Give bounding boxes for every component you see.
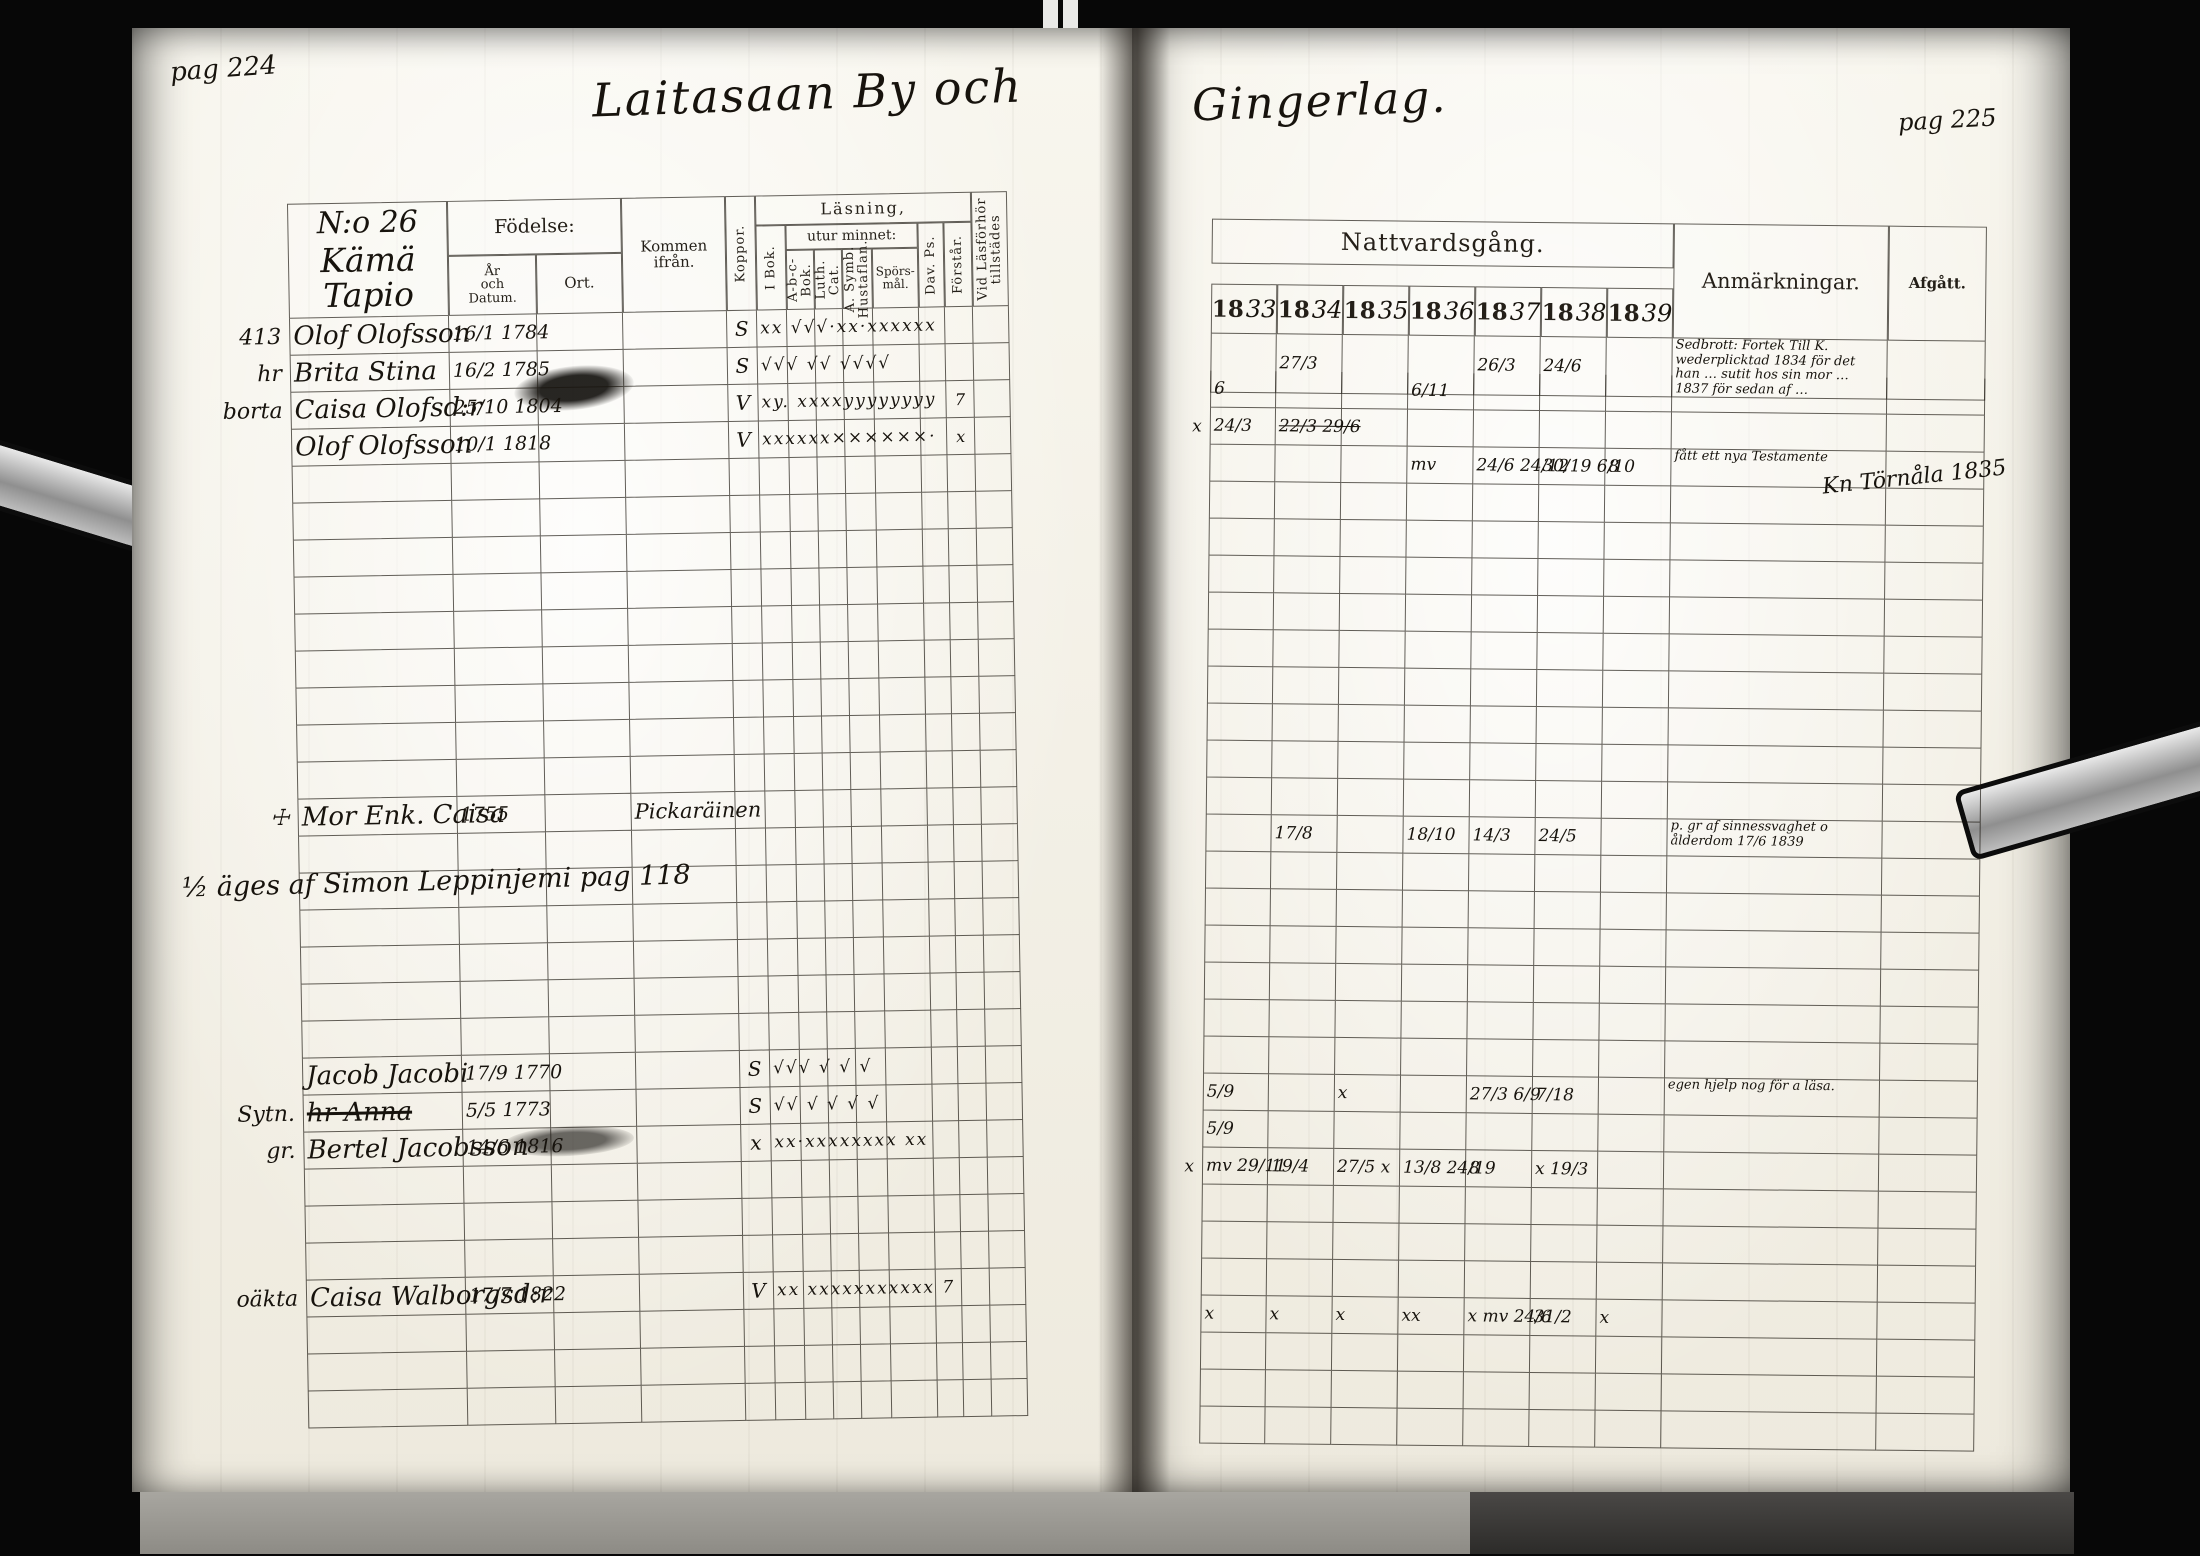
cell-dav [923,566,950,603]
cell-koppor: V [744,1272,775,1310]
cell-y4 [1465,1187,1531,1225]
cell-abc [796,827,825,864]
cell-birthdate [464,1202,553,1241]
cell-symb [855,1011,886,1049]
cell-y6 [1601,856,1667,894]
cell-y3 [1406,595,1472,633]
cell-abc [792,605,821,642]
cell-abc [795,790,824,827]
cell-afgatt [1877,1340,1975,1378]
margin-note [162,504,293,543]
margin-note [1146,1221,1201,1259]
cell-vid [986,1046,1023,1084]
cell-symb [858,1159,889,1197]
cell-sporsmal [879,678,926,716]
margin-note [1152,666,1207,704]
cell-vid [983,861,1020,899]
book-bottom-edge [140,1492,1470,1554]
cell-y5 [1538,596,1604,634]
cell-y0 [1207,704,1273,742]
cell-y1 [1269,1000,1335,1038]
cell-forstar [963,1343,992,1380]
household-header: N:o 26 Kämä Tapio [287,201,449,319]
cell-sporsmal [885,974,932,1012]
cell-koppor [733,680,764,718]
cell-kommen [635,977,740,1016]
cell-ort [538,350,625,388]
cell-y1 [1269,1037,1335,1075]
cell-name [307,1352,468,1392]
cell-sporsmal [886,1085,933,1123]
cell-symb [862,1381,893,1419]
cell-y0 [1208,593,1274,631]
cell-afgatt [1882,859,1980,897]
margin-note [1153,518,1208,556]
cell-y0 [1209,482,1275,520]
cell-kommen [628,607,733,646]
cell-symb [850,715,881,753]
right-table: Nattvardsgång. Anmärkningar. Afgått. 18 … [1144,218,1987,1452]
cell-koppor [737,865,768,903]
cell-reading-marks: xx xxxxxxxxxxx 7 [774,1272,805,1310]
cell-y1 [1272,741,1338,779]
cell-y1 [1266,1370,1332,1408]
cell-y6 [1601,819,1667,857]
cell-birthdate: 14/6 1816 [463,1128,552,1167]
cell-y2 [1340,557,1406,595]
cell-symb [853,900,884,938]
cell-symb [858,1196,889,1234]
cell-reading-marks [772,1198,803,1236]
cell-abc [793,642,822,679]
cell-dav [925,677,952,714]
cell-y0 [1201,1185,1267,1223]
header-year: 18 34 [1277,284,1344,335]
cell-koppor [737,902,768,940]
cell-birthdate: 17/7 1822 [466,1276,555,1315]
cell-ort [554,1312,641,1350]
cell-koppor [742,1161,773,1199]
cell-y2 [1340,520,1406,558]
cell-y0 [1204,963,1270,1001]
cell-anmarkningar [1669,708,1884,747]
cell-dav [934,1195,961,1232]
cell-y1 [1273,704,1339,742]
cell-y5 [1537,670,1603,708]
header-i-bok: I Bok. [755,225,786,311]
cell-symb [847,530,878,568]
cell-y0: x [1200,1296,1266,1334]
cell-y2: x [1332,1297,1398,1335]
left-page: pag 224 Laitasaan By och ½ äges af Simon… [132,28,1132,1492]
cell-name [294,612,455,652]
cell-reading-marks [769,1013,800,1051]
cell-luth [823,790,852,827]
cell-dav [930,936,957,973]
cell-y0 [1199,1407,1265,1445]
cell-sporsmal [879,641,926,679]
cell-y5 [1534,966,1600,1004]
household-number: N:o 26 [317,206,419,239]
cell-abc [803,1234,832,1271]
cell-dav [937,1343,964,1380]
cell-y1 [1275,482,1341,520]
cell-sporsmal [885,1011,932,1049]
cell-symb [849,641,880,679]
cell-y5 [1536,744,1602,782]
cell-y2 [1338,779,1404,817]
cell-koppor [736,828,767,866]
cell-y5 [1535,892,1601,930]
cell-ort [542,609,629,647]
cell-y5: 31/2 [1530,1299,1596,1337]
cell-koppor: S [740,1050,771,1088]
cell-y5 [1533,1040,1599,1078]
cell-abc [799,1012,828,1049]
cell-kommen [640,1273,745,1312]
cell-reading-marks: xy. xxxxyyyyyyyy [758,384,789,422]
cell-abc [790,495,819,532]
cell-y3 [1399,1187,1465,1225]
cell-kommen [627,570,732,609]
cell-vid [979,639,1016,677]
cell-anmarkningar [1666,930,1881,969]
cell-name [297,760,458,800]
cell-reading-marks [769,976,800,1014]
cell-sporsmal [888,1159,935,1197]
cell-anmarkningar [1663,1226,1878,1265]
cell-y0 [1208,556,1274,594]
cell-y6 [1599,1078,1665,1116]
margin-note [177,1355,308,1394]
cell-y4 [1471,632,1537,670]
cell-ort [538,387,625,425]
cell-dav [929,862,956,899]
cell-y4 [1466,1113,1532,1151]
cell-y5 [1538,559,1604,597]
cell-anmarkningar [1669,634,1884,673]
cell-y6 [1604,597,1670,635]
cell-y1: 19/4 [1268,1148,1334,1186]
cell-afgatt [1887,378,1985,416]
cell-dav [931,973,958,1010]
cell-name: hr Anna [303,1093,464,1133]
cell-dav [924,603,951,640]
cell-y2 [1335,1001,1401,1039]
cell-ort [545,757,632,795]
cell-birthdate [467,1350,556,1389]
cell-y3 [1406,521,1472,559]
cell-forstar [950,603,979,640]
cell-anmarkningar [1667,856,1882,895]
cell-y4 [1473,484,1539,522]
margin-note [174,1170,305,1209]
cell-vid [977,565,1014,603]
cell-y3 [1399,1261,1465,1299]
cell-anmarkningar [1663,1189,1878,1228]
cell-afgatt [1885,526,1983,564]
cell-y5 [1533,1003,1599,1041]
cell-y0 [1204,926,1270,964]
cell-ort [537,313,624,351]
cell-ort [549,1016,636,1054]
cell-koppor [742,1198,773,1236]
cell-reading-marks [767,902,798,940]
cell-luth [830,1160,859,1197]
cell-y5 [1531,1188,1597,1226]
cell-y0 [1205,815,1271,853]
cell-kommen [630,718,735,757]
cell-anmarkningar [1666,967,1881,1006]
cell-vid [992,1379,1029,1417]
cell-y5 [1537,707,1603,745]
cell-y3 [1405,632,1471,670]
cell-y1 [1270,963,1336,1001]
cell-y4 [1463,1409,1529,1447]
cell-vid [984,935,1021,973]
cell-afgatt [1878,1229,1976,1267]
cell-y0 [1201,1259,1267,1297]
cell-afgatt [1883,711,1981,749]
cell-y0 [1200,1333,1266,1371]
cell-anmarkningar [1670,560,1885,599]
cell-vid [976,491,1013,529]
cell-luth [817,457,846,494]
cell-dav [926,714,953,751]
cell-sporsmal [877,567,924,605]
cell-y5 [1535,855,1601,893]
cell-y6 [1595,1411,1661,1449]
cell-y2 [1339,705,1405,743]
cell-y1 [1266,1333,1332,1371]
cell-kommen [635,1014,740,1053]
cell-vid [987,1120,1024,1158]
cell-y2 [1333,1223,1399,1261]
cell-forstar: 7 [946,381,975,418]
cell-symb [853,863,884,901]
cell-name [293,538,454,578]
cell-dav [922,492,949,529]
cell-y5 [1540,411,1606,449]
cell-vid [991,1342,1028,1380]
page-number-left: pag 224 [169,50,278,87]
cell-y0 [1206,741,1272,779]
cell-vid [977,528,1014,566]
cell-name: Bertel Jacobsson [303,1130,464,1170]
cell-y1: x [1266,1296,1332,1334]
cell-y5 [1534,929,1600,967]
cell-sporsmal [888,1196,935,1234]
cell-birthdate [460,943,549,982]
cell-koppor [734,717,765,755]
cell-koppor: x [741,1124,772,1162]
cell-afgatt [1881,970,1979,1008]
household-name: Kämä Tapio [290,242,447,314]
margin-note: oäkta [176,1281,307,1320]
cell-vid [975,454,1012,492]
header-luth-cat: Luth. Cat. [814,249,843,309]
cell-forstar [948,492,977,529]
cell-kommen [637,1125,742,1164]
cell-vid [978,602,1015,640]
cell-anmarkningar [1662,1337,1877,1376]
cell-vid [979,676,1016,714]
cell-vid [981,787,1018,825]
cell-y3 [1397,1409,1463,1447]
cell-anmarkningar [1667,893,1882,932]
cell-y2 [1333,1260,1399,1298]
cell-y2 [1337,816,1403,854]
cell-y3 [1401,1039,1467,1077]
margin-note [161,430,292,469]
cell-y3 [1398,1372,1464,1410]
cell-y4: 8 [1466,1150,1532,1188]
cell-afgatt [1883,785,1981,823]
cell-ort [550,1053,637,1091]
cell-anmarkningar [1665,1041,1880,1080]
cell-y2 [1340,594,1406,632]
cell-y0 [1206,778,1272,816]
cell-y6 [1606,375,1672,413]
cell-ort [551,1090,638,1128]
cell-y2 [1336,927,1402,965]
cell-forstar [949,566,978,603]
cell-vid [990,1305,1027,1343]
cell-reading-marks: √√√ √ √ √ [770,1050,801,1088]
cell-y0 [1203,1000,1269,1038]
cell-kommen [623,311,728,350]
cell-y4 [1472,521,1538,559]
cell-y1: 22/3 29/6 [1276,408,1342,446]
cell-forstar [962,1306,991,1343]
cell-y2 [1342,409,1408,447]
cell-y6 [1597,1226,1663,1264]
cell-symb [861,1344,892,1382]
cell-luth [824,827,853,864]
margin-note: x [1147,1147,1202,1185]
cell-y6 [1599,1004,1665,1042]
cell-y3 [1405,669,1471,707]
cell-name [301,982,462,1022]
cell-ort [549,979,636,1017]
margin-note [170,948,301,987]
cell-vid [985,972,1022,1010]
cell-luth [825,901,854,938]
cell-y2 [1331,1408,1397,1446]
cell-sporsmal [882,826,929,864]
cell-name [304,1167,465,1207]
cell-forstar [953,788,982,825]
cell-afgatt [1878,1266,1976,1304]
cell-vid [990,1268,1027,1306]
cell-afgatt [1883,748,1981,786]
cell-y1 [1271,852,1337,890]
cell-kommen [639,1236,744,1275]
cell-luth [822,716,851,753]
cell-reading-marks [763,680,794,718]
cell-ort [553,1238,640,1276]
cell-y5 [1530,1336,1596,1374]
cell-y2 [1339,668,1405,706]
cell-abc [791,568,820,605]
cell-symb [848,604,879,642]
cell-forstar [955,899,984,936]
cell-name [305,1241,466,1281]
cell-birthdate [455,647,544,686]
year-headers: 18 33 18 34 18 35 18 36 18 37 18 38 [1211,264,1674,339]
cell-koppor [743,1235,774,1273]
header-ort: Ort. [536,253,623,314]
margin-note [175,1244,306,1283]
cell-y3 [1404,780,1470,818]
margin-note: 413 [159,319,290,358]
margin-note [1154,444,1209,482]
cell-y1 [1270,926,1336,964]
cell-afgatt [1879,1118,1977,1156]
page-number-right: pag 225 [1897,103,1997,136]
cell-y1 [1271,889,1337,927]
cell-y6 [1600,930,1666,968]
cell-anmarkningar [1662,1300,1877,1339]
cell-ort [543,683,630,721]
cell-y6 [1602,782,1668,820]
cell-y4 [1464,1372,1530,1410]
cell-y6 [1600,967,1666,1005]
cell-birthdate [452,499,541,538]
left-table: N:o 26 Kämä Tapio Födelse: År och Datum.… [157,191,1028,1431]
cell-y6 [1598,1152,1664,1190]
cell-y1 [1275,445,1341,483]
header-year: 18 35 [1343,285,1410,336]
cell-y6 [1603,671,1669,709]
cell-y6 [1605,486,1671,524]
cell-y3 [1403,891,1469,929]
cell-y3: 6/11 [1408,373,1474,411]
cell-symb [847,567,878,605]
cell-kommen [638,1199,743,1238]
cell-name: Olof Olofsson [291,427,452,467]
header-year: 18 38 [1541,287,1608,338]
cell-afgatt [1882,896,1980,934]
cell-anmarkningar [1670,597,1885,636]
margin-note [1146,1258,1201,1296]
cell-y4 [1467,1002,1533,1040]
cell-afgatt [1886,489,1984,527]
cell-forstar [960,1158,989,1195]
cell-forstar [964,1380,993,1417]
cell-forstar [951,677,980,714]
cell-y0 [1200,1370,1266,1408]
cell-anmarkningar [1664,1115,1879,1154]
header-koppor: Koppor. [725,196,757,312]
cell-ort [540,498,627,536]
margin-note [1150,851,1205,889]
cell-birthdate [453,573,542,612]
cell-reading-marks [762,606,793,644]
cell-luth [830,1197,859,1234]
header-dav-ps: Dav. Ps. [917,222,944,307]
margin-note [1144,1406,1199,1444]
margin-note [166,726,297,765]
cell-forstar [949,529,978,566]
cell-y2 [1332,1371,1398,1409]
cell-y3 [1399,1224,1465,1262]
cell-kommen [638,1162,743,1201]
cell-y1 [1273,630,1339,668]
cell-symb [851,752,882,790]
right-table-rows: 27/3 26/3 24/6 Sedbrott: Fortek Till K. … [1144,333,1986,1452]
header-ar-och-datum: År och Datum. [448,254,537,316]
